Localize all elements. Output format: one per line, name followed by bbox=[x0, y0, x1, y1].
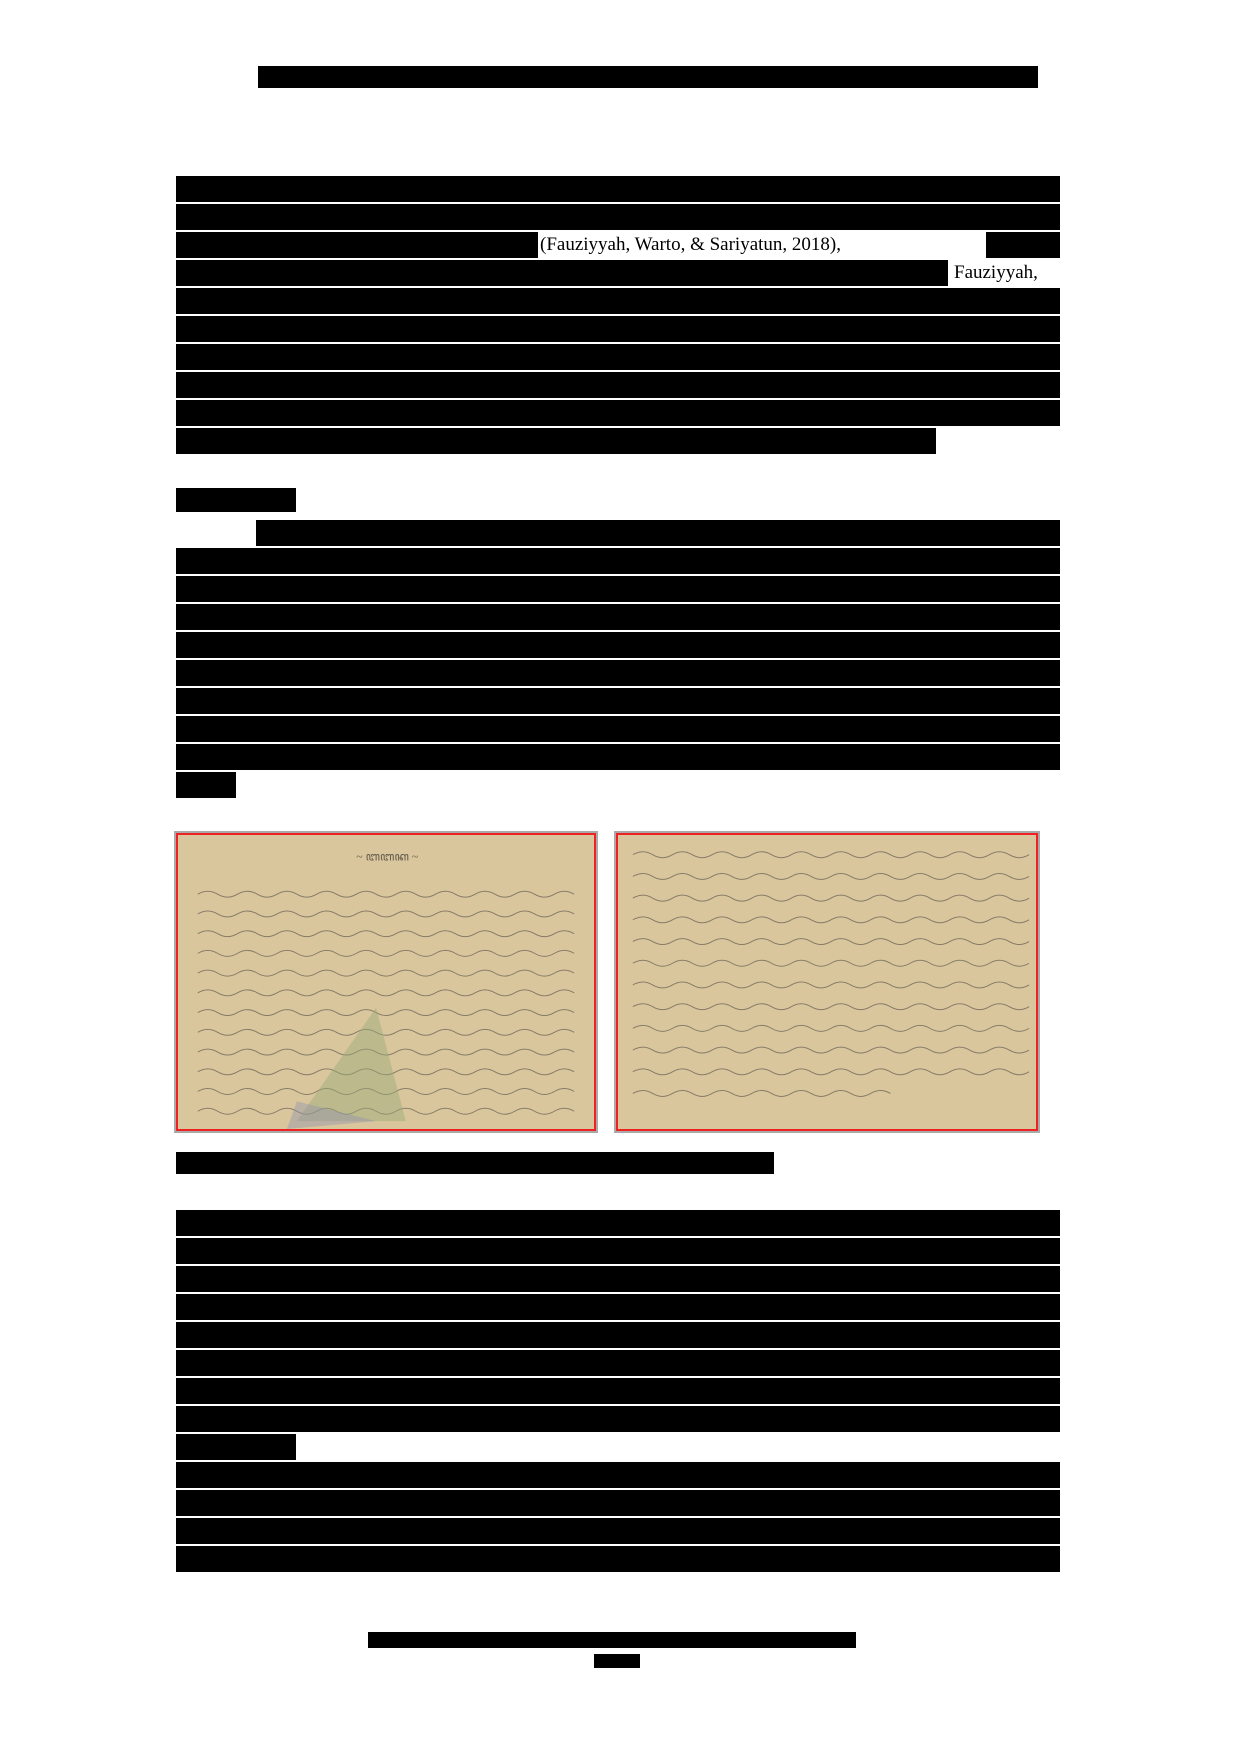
paragraph-4-line bbox=[176, 1518, 1060, 1544]
paragraph-1-line bbox=[176, 428, 936, 454]
paragraph-3-line bbox=[176, 1266, 1060, 1292]
paragraph-3-line bbox=[176, 1378, 1060, 1404]
paragraph-1-line bbox=[176, 204, 1060, 230]
paragraph-2-line bbox=[176, 744, 1060, 770]
paragraph-1-line bbox=[176, 260, 948, 286]
footer-line bbox=[368, 1632, 856, 1648]
paragraph-1-line bbox=[176, 344, 1060, 370]
paragraph-1-line bbox=[176, 400, 1060, 426]
paragraph-2-line bbox=[256, 520, 1060, 546]
citation-text: (Fauziyyah, Warto, & Sariyatun, 2018), bbox=[540, 234, 841, 256]
paragraph-2-line bbox=[176, 632, 1060, 658]
figure-caption bbox=[176, 1152, 774, 1174]
running-title bbox=[258, 66, 1038, 88]
manuscript-script-icon: ~ ꦧꦧꦏ ~ bbox=[178, 835, 594, 1129]
section-heading bbox=[176, 488, 296, 512]
paragraph-3-line bbox=[176, 1322, 1060, 1348]
paragraph-4-line bbox=[176, 1462, 1060, 1488]
paragraph-3-line bbox=[176, 1238, 1060, 1264]
paragraph-3-line bbox=[176, 1434, 296, 1460]
paragraph-2-line bbox=[176, 576, 1060, 602]
paragraph-2-line bbox=[176, 716, 1060, 742]
paragraph-2-line bbox=[176, 660, 1060, 686]
paragraph-3-line bbox=[176, 1350, 1060, 1376]
paragraph-4-line bbox=[176, 1490, 1060, 1516]
paragraph-1-line bbox=[176, 372, 1060, 398]
manuscript-image-2 bbox=[616, 833, 1038, 1131]
paragraph-3-line bbox=[176, 1406, 1060, 1432]
paragraph-1-line bbox=[986, 232, 1060, 258]
manuscript-image-1: ~ ꦧꦧꦏ ~ bbox=[176, 833, 596, 1131]
paragraph-1-line bbox=[176, 316, 1060, 342]
paragraph-2-line bbox=[176, 688, 1060, 714]
page-number bbox=[594, 1654, 640, 1668]
paragraph-2-line bbox=[176, 772, 236, 798]
citation-fragment: Fauziyyah, bbox=[954, 262, 1038, 284]
paragraph-3-line bbox=[176, 1294, 1060, 1320]
manuscript-script-icon bbox=[618, 835, 1036, 1129]
paragraph-2-line bbox=[176, 604, 1060, 630]
paragraph-1-line bbox=[176, 232, 538, 258]
paragraph-4-line bbox=[176, 1546, 1060, 1572]
svg-text:~ ꦧꦧꦏ ~: ~ ꦧꦧꦏ ~ bbox=[356, 850, 419, 864]
paragraph-1-line bbox=[176, 288, 1060, 314]
paragraph-2-line bbox=[176, 548, 1060, 574]
paragraph-1-line bbox=[176, 176, 1060, 202]
paragraph-3-line bbox=[176, 1210, 1060, 1236]
